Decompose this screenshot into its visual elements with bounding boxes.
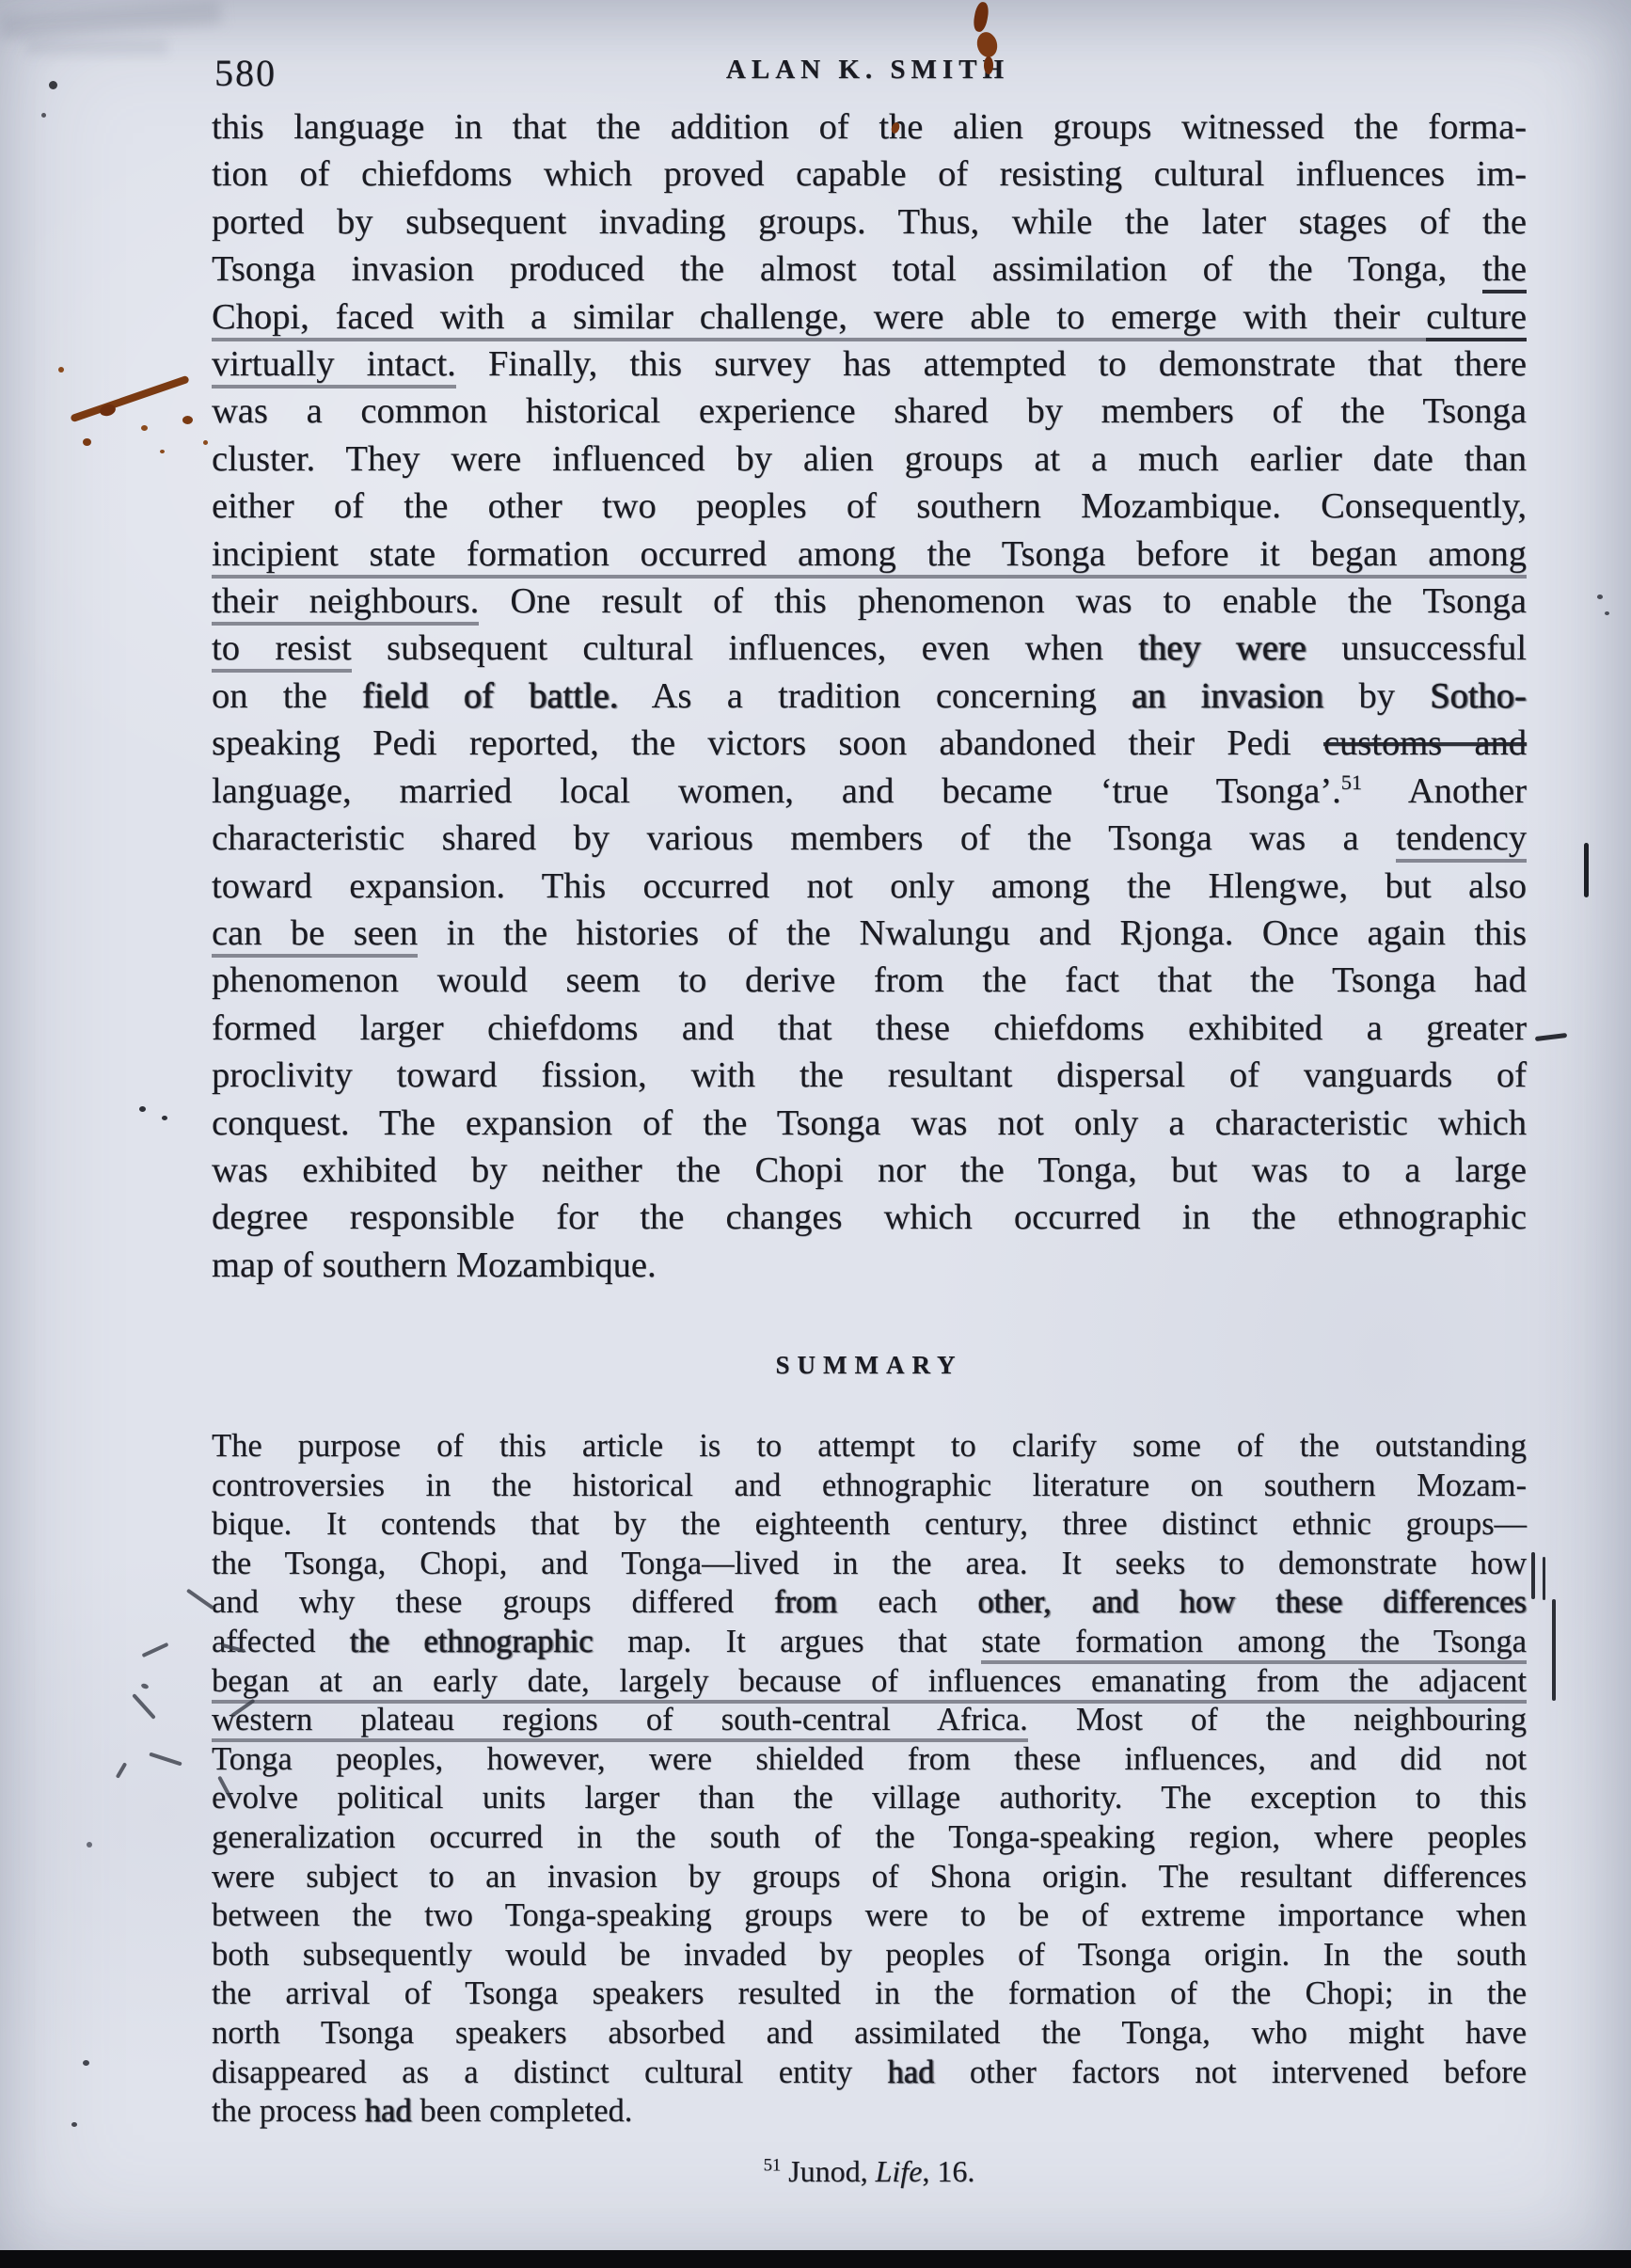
pen-dot — [139, 1106, 146, 1112]
text-segment: other factors not intervened before — [935, 2054, 1528, 2090]
text-segment: on the — [212, 676, 362, 716]
scan-edge-band — [0, 2250, 1631, 2268]
text-segment-smudge: had — [888, 2054, 935, 2090]
text-line: ported by subsequent invading groups. Th… — [212, 198, 1527, 246]
margin-stroke — [1531, 1552, 1535, 1599]
text-segment: phenomenon would seem to derive from the… — [212, 960, 1527, 1000]
ink-splatter-dot — [160, 450, 165, 453]
text-segment-smudge: these differences — [1275, 1584, 1527, 1620]
text-line: cluster. They were influenced by alien g… — [212, 436, 1527, 483]
ink-stain — [972, 1, 990, 33]
text-segment: map of southern Mozambique. — [212, 1245, 657, 1285]
text-segment: either of the other two peoples of south… — [212, 486, 1527, 526]
text-segment-u-pencil: their neighbours. — [212, 581, 479, 626]
text-segment: Finally, this survey has attempted to de… — [456, 344, 1527, 384]
text-segment: The purpose of this article is to attemp… — [212, 1428, 1527, 1464]
text-segment-u-pencil: virtually intact. — [212, 344, 456, 389]
text-segment: Another — [1362, 771, 1527, 811]
text-segment: language, married local women, and becam… — [212, 771, 1341, 811]
text-line: 51 Junod, Life, 16. — [212, 2154, 1527, 2189]
text-line: The purpose of this article is to attemp… — [212, 1427, 1527, 1467]
text-segment: affected — [212, 1624, 350, 1659]
text-segment: between the two Tonga-speaking groups we… — [212, 1897, 1527, 1933]
text-segment: One result of this phenomenon was to ena… — [479, 581, 1527, 621]
text-segment-smudge: an invasion — [1132, 676, 1323, 716]
text-segment: the process — [212, 2093, 365, 2129]
body-paragraph: this language in that the addition of th… — [212, 103, 1527, 1289]
pencil-scribble — [132, 1693, 156, 1720]
margin-stroke — [1543, 1557, 1545, 1600]
text-segment-sup: 51 — [1341, 770, 1362, 794]
text-segment — [1235, 1584, 1275, 1620]
footnote: 51 Junod, Life, 16. — [212, 2154, 1527, 2189]
text-line: can be seen in the histories of the Nwal… — [212, 910, 1527, 957]
text-segment: tion of chiefdoms which proved capable o… — [212, 154, 1527, 194]
text-segment-smudge: had — [365, 2093, 412, 2129]
margin-stroke — [1584, 843, 1589, 897]
margin-dash — [1535, 1033, 1567, 1041]
text-line: controversies in the historical and ethn… — [212, 1467, 1527, 1506]
summary-paragraph: The purpose of this article is to attemp… — [212, 1427, 1527, 2132]
text-segment-u-pencil: incipient state formation occurred among… — [212, 534, 1527, 579]
text-line: language, married local women, and becam… — [212, 768, 1527, 815]
pencil-scribble — [149, 1753, 182, 1767]
text-segment-u-pencil: Chopi, faced with a similar challenge, w… — [212, 297, 1426, 341]
text-line: between the two Tonga-speaking groups we… — [212, 1896, 1527, 1936]
text-segment-u-pen: culture — [1426, 297, 1527, 341]
text-line: formed larger chiefdoms and that these c… — [212, 1005, 1527, 1052]
text-line: affected the ethnographic map. It argues… — [212, 1623, 1527, 1662]
text-segment-sup: 51 — [764, 2155, 782, 2175]
text-segment: controversies in the historical and ethn… — [212, 1467, 1527, 1503]
margin-speck — [1597, 595, 1603, 599]
text-segment: in the histories of the Nwalungu and Rjo… — [418, 913, 1527, 953]
text-segment-strike: customs and — [1323, 723, 1527, 763]
text-line: were subject to an invasion by groups of… — [212, 1858, 1527, 1897]
margin-stroke — [1552, 1599, 1556, 1701]
text-segment-smudge: and how — [1092, 1584, 1235, 1620]
text-segment-u-pencil: to resist — [212, 628, 352, 673]
text-segment-u-pen: the — [1482, 249, 1527, 293]
text-line: proclivity toward fission, with the resu… — [212, 1052, 1527, 1099]
ink-splatter-dot — [58, 367, 64, 373]
ink-speck — [83, 2060, 89, 2066]
text-line: generalization occurred in the south of … — [212, 1818, 1527, 1858]
text-line: north Tsonga speakers absorbed and assim… — [212, 2014, 1527, 2054]
ink-splatter-streak — [70, 375, 189, 423]
text-segment: Most of the neighbouring — [1028, 1702, 1527, 1737]
text-segment: degree responsible for the changes which… — [212, 1197, 1527, 1237]
text-segment: was exhibited by neither the Chopi nor t… — [212, 1150, 1527, 1190]
text-segment-smudge: they were — [1138, 628, 1306, 668]
text-line: evolve political units larger than the v… — [212, 1779, 1527, 1818]
text-segment-smudge: from — [774, 1584, 837, 1620]
text-line: toward expansion. This occurred not only… — [212, 863, 1527, 910]
page-header: 580 ALAN K. SMITH — [212, 47, 1524, 94]
text-line: the arrival of Tsonga speakers resulted … — [212, 1975, 1527, 2014]
text-segment: the arrival of Tsonga speakers resulted … — [212, 1975, 1527, 2011]
ink-stain — [984, 56, 993, 74]
text-segment: generalization occurred in the south of … — [212, 1819, 1527, 1855]
text-segment: proclivity toward fission, with the resu… — [212, 1055, 1527, 1095]
text-segment: speaking Pedi reported, the victors soon… — [212, 723, 1323, 763]
text-segment: unsuccessful — [1306, 628, 1527, 668]
text-line: and why these groups differed from each … — [212, 1583, 1527, 1623]
text-line: disappeared as a distinct cultural entit… — [212, 2054, 1527, 2093]
text-segment-smudge: field of battle. — [362, 676, 618, 716]
pen-dot — [162, 1116, 167, 1120]
text-segment-u-pencil: tendency — [1396, 818, 1527, 863]
text-segment-u-pencil: began at an early date, largely because … — [212, 1663, 1527, 1704]
text-segment: map. It argues that — [594, 1624, 982, 1659]
text-segment: subsequent cultural influences, even whe… — [352, 628, 1139, 668]
text-segment: each — [837, 1584, 977, 1620]
ink-speck — [71, 2122, 77, 2127]
text-line: was a common historical experience share… — [212, 388, 1527, 435]
text-line: tion of chiefdoms which proved capable o… — [212, 151, 1527, 198]
text-segment: Tsonga invasion produced the almost tota… — [212, 249, 1482, 289]
text-segment: bique. It contends that by the eighteent… — [212, 1506, 1527, 1542]
text-segment: this language in that the addition of th… — [212, 107, 1527, 147]
running-head-author: ALAN K. SMITH — [212, 55, 1524, 86]
text-segment: the Tsonga, Chopi, and Tonga—lived in th… — [212, 1546, 1527, 1581]
text-segment: cluster. They were influenced by alien g… — [212, 439, 1527, 479]
summary-heading: SUMMARY — [212, 1351, 1527, 1380]
scanned-journal-page: 580 ALAN K. SMITH this language in that … — [0, 0, 1631, 2268]
text-line: the process had been completed. — [212, 2092, 1527, 2132]
text-segment: conquest. The expansion of the Tsonga wa… — [212, 1103, 1527, 1143]
text-segment: and why these groups differed — [212, 1584, 774, 1620]
ink-splatter-dot — [83, 438, 91, 446]
text-line: Tsonga invasion produced the almost tota… — [212, 246, 1527, 293]
text-segment-u-pencil: state formation among the Tsonga — [981, 1624, 1527, 1664]
margin-speck — [1605, 611, 1609, 615]
text-segment: evolve political units larger than the v… — [212, 1780, 1527, 1816]
text-line: conquest. The expansion of the Tsonga wa… — [212, 1100, 1527, 1147]
text-line: this language in that the addition of th… — [212, 103, 1527, 151]
text-segment: been completed. — [412, 2093, 633, 2129]
text-line: on the field of battle. As a tradition c… — [212, 673, 1527, 720]
text-segment: both subsequently would be invaded by pe… — [212, 1937, 1527, 1973]
text-segment: characteristic shared by various members… — [212, 818, 1396, 858]
pencil-dot — [87, 1842, 92, 1848]
pencil-scribble — [142, 1642, 169, 1657]
text-line: Tonga peoples, however, were shielded fr… — [212, 1740, 1527, 1780]
text-line: degree responsible for the changes which… — [212, 1194, 1527, 1241]
text-line: the Tsonga, Chopi, and Tonga—lived in th… — [212, 1545, 1527, 1584]
text-line: began at an early date, largely because … — [212, 1662, 1527, 1702]
text-line: their neighbours. One result of this phe… — [212, 578, 1527, 625]
text-line: Chopi, faced with a similar challenge, w… — [212, 293, 1527, 341]
ink-splatter-dot — [182, 416, 193, 424]
text-segment-smudge: the ethnographic — [350, 1624, 594, 1659]
text-segment-italic: Life — [876, 2154, 923, 2188]
text-segment-u-pencil: western plateau regions of south-central… — [212, 1702, 1028, 1742]
text-segment: ported by subsequent invading groups. Th… — [212, 202, 1527, 242]
text-segment: As a tradition concerning — [618, 676, 1132, 716]
text-segment: Tonga peoples, however, were shielded fr… — [212, 1741, 1527, 1777]
text-line: bique. It contends that by the eighteent… — [212, 1505, 1527, 1545]
pencil-scribble — [186, 1589, 214, 1610]
text-segment: Junod, — [781, 2154, 875, 2188]
text-segment: formed larger chiefdoms and that these c… — [212, 1008, 1527, 1048]
text-line: incipient state formation occurred among… — [212, 531, 1527, 578]
text-segment: , 16. — [922, 2154, 974, 2188]
scan-smudge — [26, 40, 167, 55]
ink-speck — [49, 81, 57, 89]
text-line: characteristic shared by various members… — [212, 815, 1527, 862]
text-segment: toward expansion. This occurred not only… — [212, 866, 1527, 906]
text-line: map of southern Mozambique. — [212, 1242, 1527, 1289]
text-segment: disappeared as a distinct cultural entit… — [212, 2054, 888, 2090]
text-segment: were subject to an invasion by groups of… — [212, 1859, 1527, 1895]
text-segment-smudge: other, — [978, 1584, 1052, 1620]
pencil-scribble — [116, 1762, 127, 1779]
text-segment: north Tsonga speakers absorbed and assim… — [212, 2015, 1527, 2051]
text-line: phenomenon would seem to derive from the… — [212, 957, 1527, 1004]
text-line: both subsequently would be invaded by pe… — [212, 1936, 1527, 1975]
text-line: western plateau regions of south-central… — [212, 1701, 1527, 1740]
text-segment-u-pencil: can be seen — [212, 913, 418, 958]
text-segment: by — [1323, 676, 1430, 716]
ink-speck — [41, 113, 46, 118]
text-line: to resist subsequent cultural influences… — [212, 625, 1527, 672]
text-line: was exhibited by neither the Chopi nor t… — [212, 1147, 1527, 1194]
text-line: speaking Pedi reported, the victors soon… — [212, 720, 1527, 767]
text-segment: was a common historical experience share… — [212, 391, 1527, 431]
text-segment — [1052, 1584, 1092, 1620]
scan-smudge — [0, 0, 222, 40]
text-line: either of the other two peoples of south… — [212, 483, 1527, 530]
text-line: virtually intact. Finally, this survey h… — [212, 341, 1527, 388]
ink-splatter-dot — [203, 440, 208, 445]
ink-splatter-dot — [141, 425, 148, 431]
text-segment-smudge: Sotho- — [1430, 676, 1527, 716]
pencil-scribble — [140, 1683, 149, 1689]
